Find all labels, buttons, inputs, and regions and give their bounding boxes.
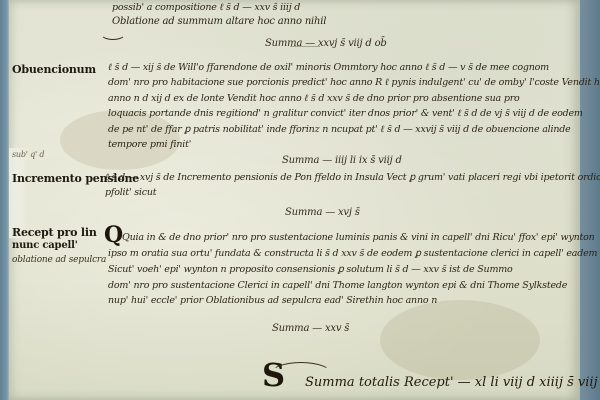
top-line-2: Oblatione ad summum altare hoc anno nihi… — [112, 16, 326, 27]
summa-section-1: Summa — iiij li ix s̄ viij d — [282, 155, 402, 166]
margin-heading-capell: nunc capell' — [12, 240, 78, 251]
summa-totalis: Summa totalis Recept' — xl li viij d xii… — [305, 375, 600, 390]
section-3-line-5: nup' hui' eccle' prior Oblationibus ad s… — [108, 295, 437, 306]
section-3-line-4: dom' nro pro sustentacione Clerici in ca… — [108, 280, 567, 291]
section-1-line-1: ℓ s̄ d — xij s̄ de Will'o ffarendone de … — [108, 62, 549, 73]
section-1-line-2: dom' nro pro habitacione sue porcionis p… — [108, 77, 600, 88]
margin-heading-recept: Recept pro lin — [12, 226, 97, 239]
section-1-line-6: tempore pmi finit' — [108, 139, 191, 150]
summa-section-3: Summa — xxv s̄ — [272, 323, 349, 334]
section-2-line-2: pfolit' sicut — [105, 187, 156, 198]
flourish-decoration — [100, 26, 126, 40]
summa-top: Summa — xxvj s̄ viij d ob̄ — [265, 38, 387, 49]
margin-heading-oblatione: oblatione ad sepulcra — [12, 255, 106, 265]
margin-heading-obuencionum: Obuencionum — [12, 63, 96, 76]
decorated-initial-q: Q — [104, 222, 123, 248]
rule-line — [290, 46, 320, 47]
section-1-line-4: loquacis portande dnis regitiond' n gral… — [108, 108, 583, 119]
section-1-line-3: anno n d xij d ex de lonte Vendit hoc an… — [108, 93, 520, 104]
top-line-1: possib' a compositione ℓ s̄ d — xxv s̄ i… — [112, 2, 300, 13]
section-2-line-1: ℓ s̄ d — xvj s̄ de Incremento pensionis … — [105, 172, 600, 183]
stain — [380, 300, 540, 380]
section-1-line-5: de pe nt' de ffar ꝑ patris nobilitat' in… — [108, 124, 571, 135]
section-3-line-1: Quia in & de dno prior' nro pro sustenta… — [122, 232, 595, 243]
section-3-line-2: ipso m oratia sua ortu' fundata & constr… — [108, 248, 597, 259]
parchment-fold-highlight — [9, 148, 29, 238]
section-3-line-3: Sicut' voeh' epi' wynton n proposito con… — [108, 264, 513, 275]
margin-note: sub' q' d — [12, 150, 44, 159]
summa-section-2: Summa — xvj s̄ — [285, 207, 360, 218]
